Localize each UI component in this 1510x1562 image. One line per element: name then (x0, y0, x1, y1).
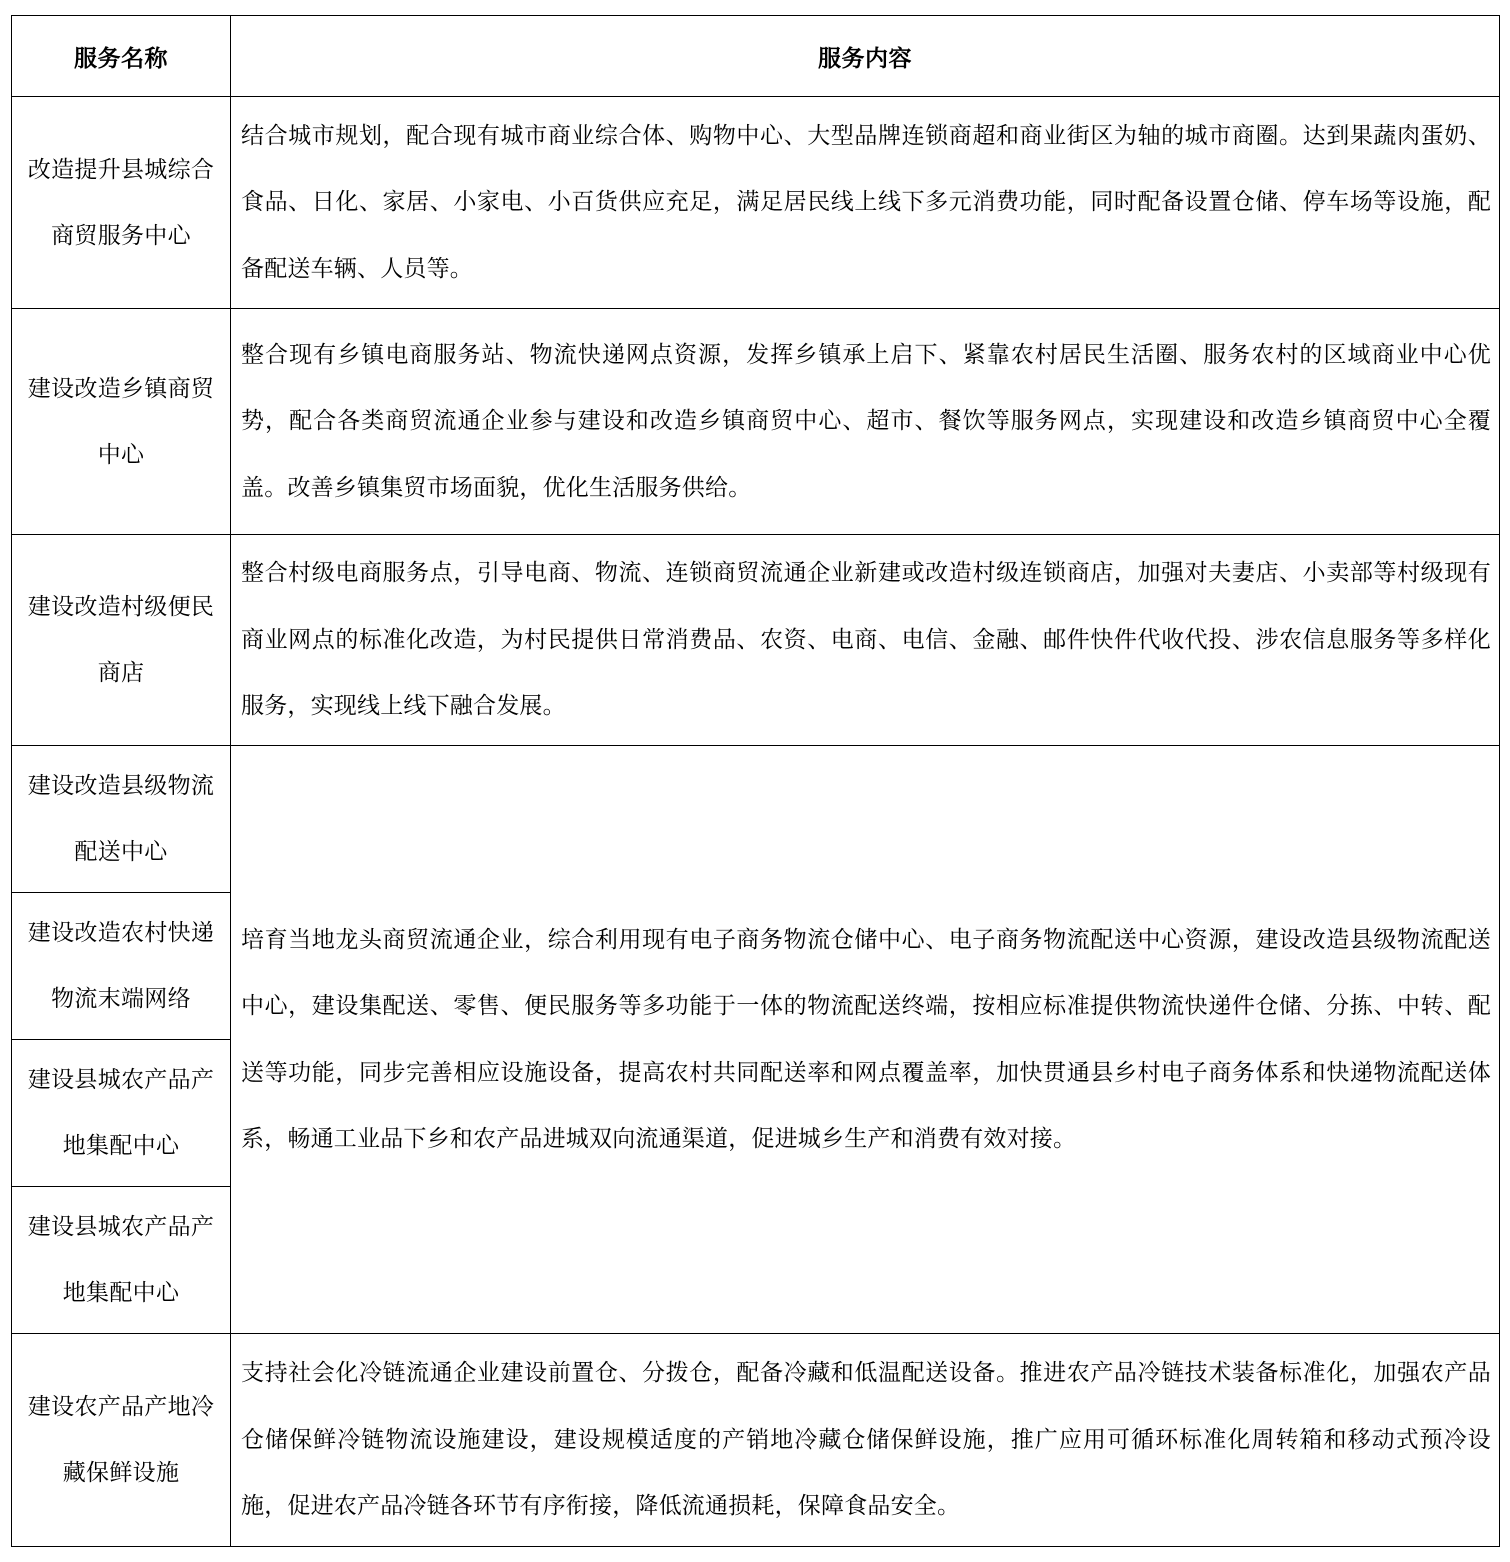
services-table: 服务名称 服务内容 改造提升县城综合商贸服务中心 结合城市规划，配合现有城市商业… (11, 15, 1500, 1547)
service-name-cell: 建设改造农村快递物流末端网络 (12, 893, 231, 1040)
table-row: 建设改造乡镇商贸中心 整合现有乡镇电商服务站、物流快递网点资源，发挥乡镇承上启下… (12, 309, 1500, 535)
table-row: 建设改造村级便民商店 整合村级电商服务点，引导电商、物流、连锁商贸流通企业新建或… (12, 535, 1500, 746)
service-name-cell: 建设县城农产品产地集配中心 (12, 1040, 231, 1187)
service-content-cell: 支持社会化冷链流通企业建设前置仓、分拨仓，配备冷藏和低温配送设备。推进农产品冷链… (231, 1334, 1500, 1547)
service-content-cell: 整合现有乡镇电商服务站、物流快递网点资源，发挥乡镇承上启下、紧靠农村居民生活圈、… (231, 309, 1500, 535)
service-name-cell: 建设农产品产地冷藏保鲜设施 (12, 1334, 231, 1547)
header-service-content: 服务内容 (231, 16, 1500, 97)
header-service-name: 服务名称 (12, 16, 231, 97)
service-name-cell: 建设改造乡镇商贸中心 (12, 309, 231, 535)
service-content-cell-merged: 培育当地龙头商贸流通企业，综合利用现有电子商务物流仓储中心、电子商务物流配送中心… (231, 746, 1500, 1334)
table-row: 建设改造县级物流配送中心 培育当地龙头商贸流通企业，综合利用现有电子商务物流仓储… (12, 746, 1500, 893)
service-name-cell: 建设县城农产品产地集配中心 (12, 1187, 231, 1334)
service-content-cell: 结合城市规划，配合现有城市商业综合体、购物中心、大型品牌连锁商超和商业街区为轴的… (231, 97, 1500, 309)
table-row: 建设农产品产地冷藏保鲜设施 支持社会化冷链流通企业建设前置仓、分拨仓，配备冷藏和… (12, 1334, 1500, 1547)
table-header-row: 服务名称 服务内容 (12, 16, 1500, 97)
table-row: 改造提升县城综合商贸服务中心 结合城市规划，配合现有城市商业综合体、购物中心、大… (12, 97, 1500, 309)
service-name-cell: 改造提升县城综合商贸服务中心 (12, 97, 231, 309)
service-content-cell: 整合村级电商服务点，引导电商、物流、连锁商贸流通企业新建或改造村级连锁商店，加强… (231, 535, 1500, 746)
service-name-cell: 建设改造县级物流配送中心 (12, 746, 231, 893)
service-name-cell: 建设改造村级便民商店 (12, 535, 231, 746)
